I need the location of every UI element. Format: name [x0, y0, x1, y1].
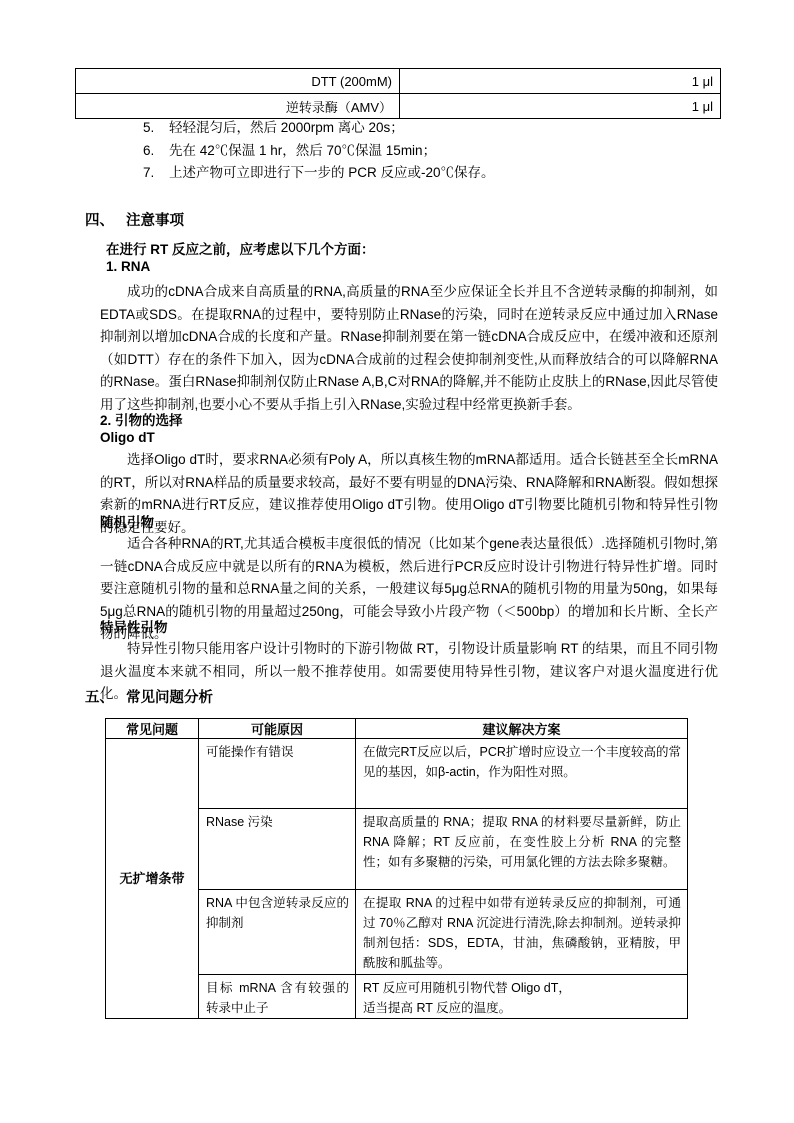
paragraph-oligo-dt: 选择Oligo dT时，要求RNA必须有Poly A，所以真核生物的mRNA都适…: [100, 449, 718, 539]
reagent-name: DTT (200mM): [76, 69, 400, 94]
section-heading-faq: 五、常见问题分析: [85, 686, 213, 707]
reagent-amount: 1 μl: [400, 69, 721, 94]
column-header-problem: 常见问题: [106, 719, 199, 739]
list-item: 6.先在 42℃保温 1 hr，然后 70℃保温 15min；: [143, 140, 495, 163]
column-header-solution: 建议解决方案: [356, 719, 688, 739]
table-row: 无扩增条带 可能操作有错误 在做完RT反应以后，PCR扩增时应设立一个丰度较高的…: [106, 739, 688, 809]
section-number: 五、: [85, 690, 114, 706]
table-row: DTT (200mM) 1 μl: [76, 69, 721, 94]
reagent-amount: 1 μl: [400, 94, 721, 119]
list-item: 5.轻轻混匀后，然后 2000rpm 离心 20s；: [143, 117, 495, 140]
section-title: 注意事项: [126, 213, 184, 229]
step-number: 5.: [143, 117, 160, 140]
table-row: 逆转录酶（AMV） 1 μl: [76, 94, 721, 119]
cause-cell: RNA 中包含逆转录反应的抑制剂: [199, 890, 356, 975]
section-heading-notes: 四、注意事项: [85, 209, 184, 230]
troubleshooting-table: 常见问题 可能原因 建议解决方案 无扩增条带 可能操作有错误 在做完RT反应以后…: [105, 718, 688, 1019]
paragraph-rna: 成功的cDNA合成来自高质量的RNA,高质量的RNA至少应保证全长并且不含逆转录…: [100, 281, 718, 416]
solution-cell: 在做完RT反应以后，PCR扩增时应设立一个丰度较高的常见的基因，如β-actin…: [356, 739, 688, 809]
cause-cell: 可能操作有错误: [199, 739, 356, 809]
subheading-rna: 1. RNA: [106, 259, 150, 274]
subheading-random-primer: 随机引物: [100, 511, 154, 531]
step-text: 轻轻混匀后，然后 2000rpm 离心 20s；: [169, 120, 404, 135]
step-text: 先在 42℃保温 1 hr，然后 70℃保温 15min；: [169, 143, 436, 158]
column-header-cause: 可能原因: [199, 719, 356, 739]
reagent-name: 逆转录酶（AMV）: [76, 94, 400, 119]
paragraph-random-primer: 适合各种RNA的RT,尤其适合模板丰度很低的情况（比如某个gene表达量很低）.…: [100, 533, 718, 646]
subheading-oligo-dt: Oligo dT: [100, 430, 155, 445]
problem-cell: 无扩增条带: [106, 739, 199, 1019]
list-item: 7.上述产物可立即进行下一步的 PCR 反应或-20℃保存。: [143, 162, 495, 185]
protocol-steps: 5.轻轻混匀后，然后 2000rpm 离心 20s； 6.先在 42℃保温 1 …: [143, 117, 495, 185]
cause-cell: 目标 mRNA 含有较强的转录中止子: [199, 975, 356, 1019]
document-page: DTT (200mM) 1 μl 逆转录酶（AMV） 1 μl 5.轻轻混匀后，…: [0, 0, 794, 1123]
solution-cell: 在提取 RNA 的过程中如带有逆转录反应的抑制剂，可通过 70％乙醇对 RNA …: [356, 890, 688, 975]
cause-cell: RNase 污染: [199, 809, 356, 890]
reagent-table: DTT (200mM) 1 μl 逆转录酶（AMV） 1 μl: [75, 68, 721, 119]
section-title: 常见问题分析: [126, 690, 213, 706]
step-text: 上述产物可立即进行下一步的 PCR 反应或-20℃保存。: [169, 165, 495, 180]
section-number: 四、: [85, 213, 114, 229]
step-number: 7.: [143, 162, 160, 185]
notes-intro: 在进行 RT 反应之前，应考虑以下几个方面：: [106, 238, 375, 258]
subheading-specific-primer: 特异性引物: [100, 616, 168, 636]
table-header-row: 常见问题 可能原因 建议解决方案: [106, 719, 688, 739]
subheading-primer-choice: 2. 引物的选择: [100, 409, 183, 429]
solution-cell: 提取高质量的 RNA；提取 RNA 的材料要尽量新鲜，防止 RNA 降解；RT …: [356, 809, 688, 890]
step-number: 6.: [143, 140, 160, 163]
solution-cell: RT 反应可用随机引物代替 Oligo dT， 适当提高 RT 反应的温度。: [356, 975, 688, 1019]
